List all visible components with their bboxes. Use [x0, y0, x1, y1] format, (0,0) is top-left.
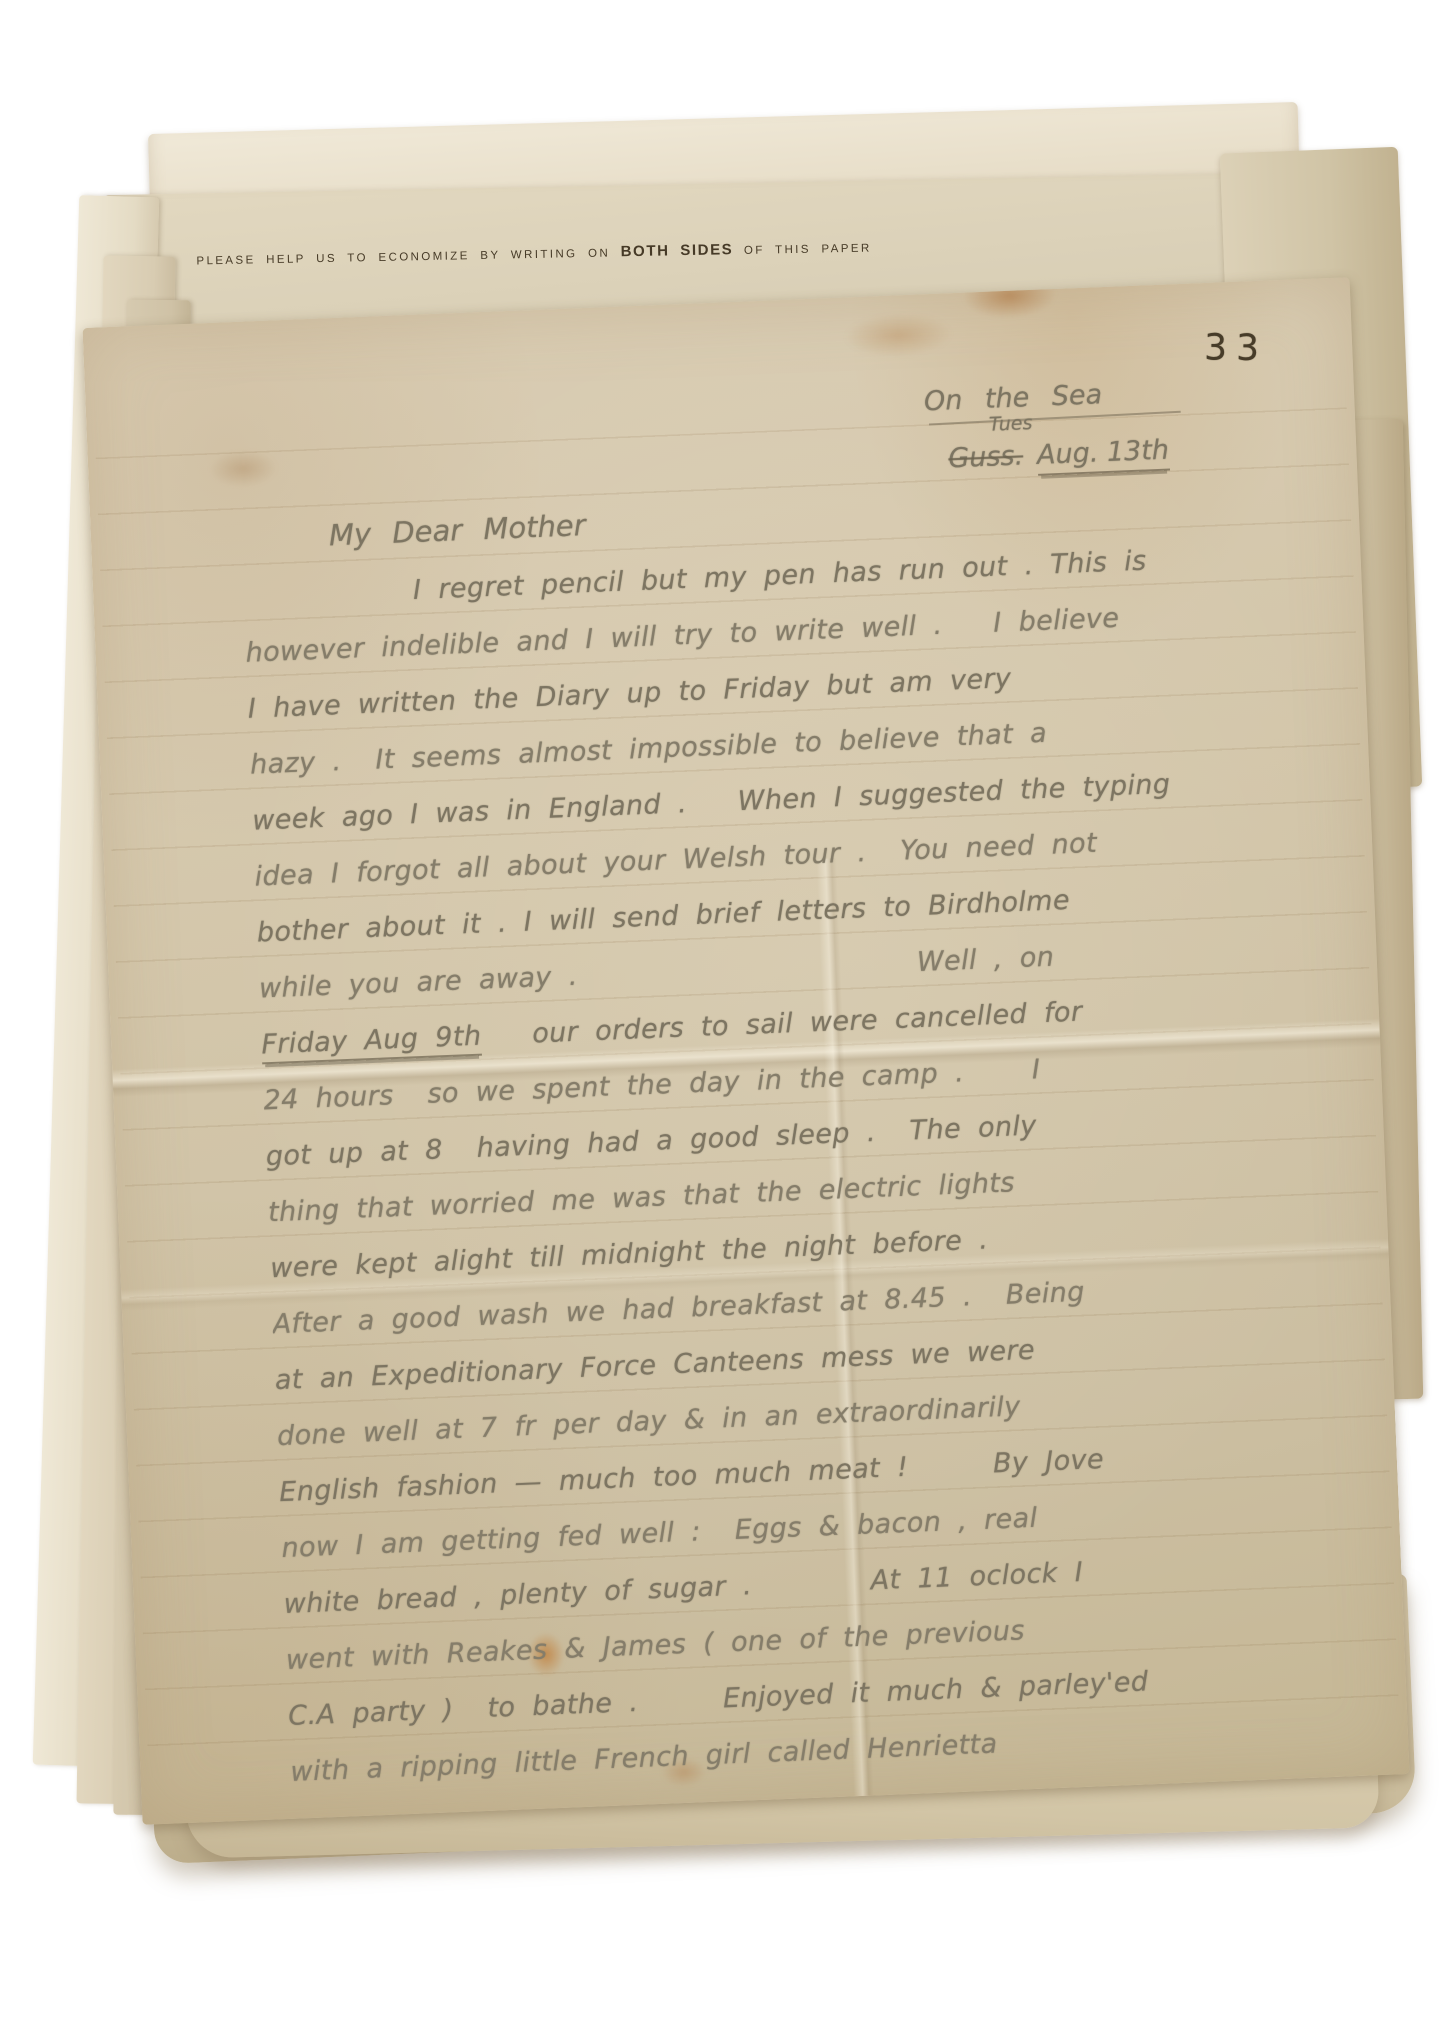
letter-date-struck-word: Guss.: [948, 440, 1024, 474]
letter-body: I regret pencil but my pen has run out .…: [242, 526, 1391, 1809]
letter-date-correction: Tues: [989, 412, 1033, 436]
page-number: 33: [1204, 327, 1268, 369]
letter-page: 33 On the Sea Tues Guss.Aug. 13th My Dea…: [82, 277, 1409, 1825]
printed-notice-prefix: PLEASE HELP US TO ECONOMIZE BY WRITING O…: [196, 247, 620, 267]
printed-notice-suffix: OF THIS PAPER: [733, 242, 871, 257]
letter-place-line: On the Sea: [923, 379, 1102, 417]
letter-date-underlined: Aug. 13th: [1036, 435, 1169, 476]
printed-notice-emphasis: BOTH SIDES: [620, 241, 733, 260]
photo-letter-stack: PLEASE HELP US TO ECONOMIZE BY WRITING O…: [0, 0, 1445, 2023]
stain: [843, 311, 955, 359]
printed-economy-notice: PLEASE HELP US TO ECONOMIZE BY WRITING O…: [196, 238, 871, 268]
underlined-phrase: Friday Aug 9th: [261, 1021, 482, 1065]
